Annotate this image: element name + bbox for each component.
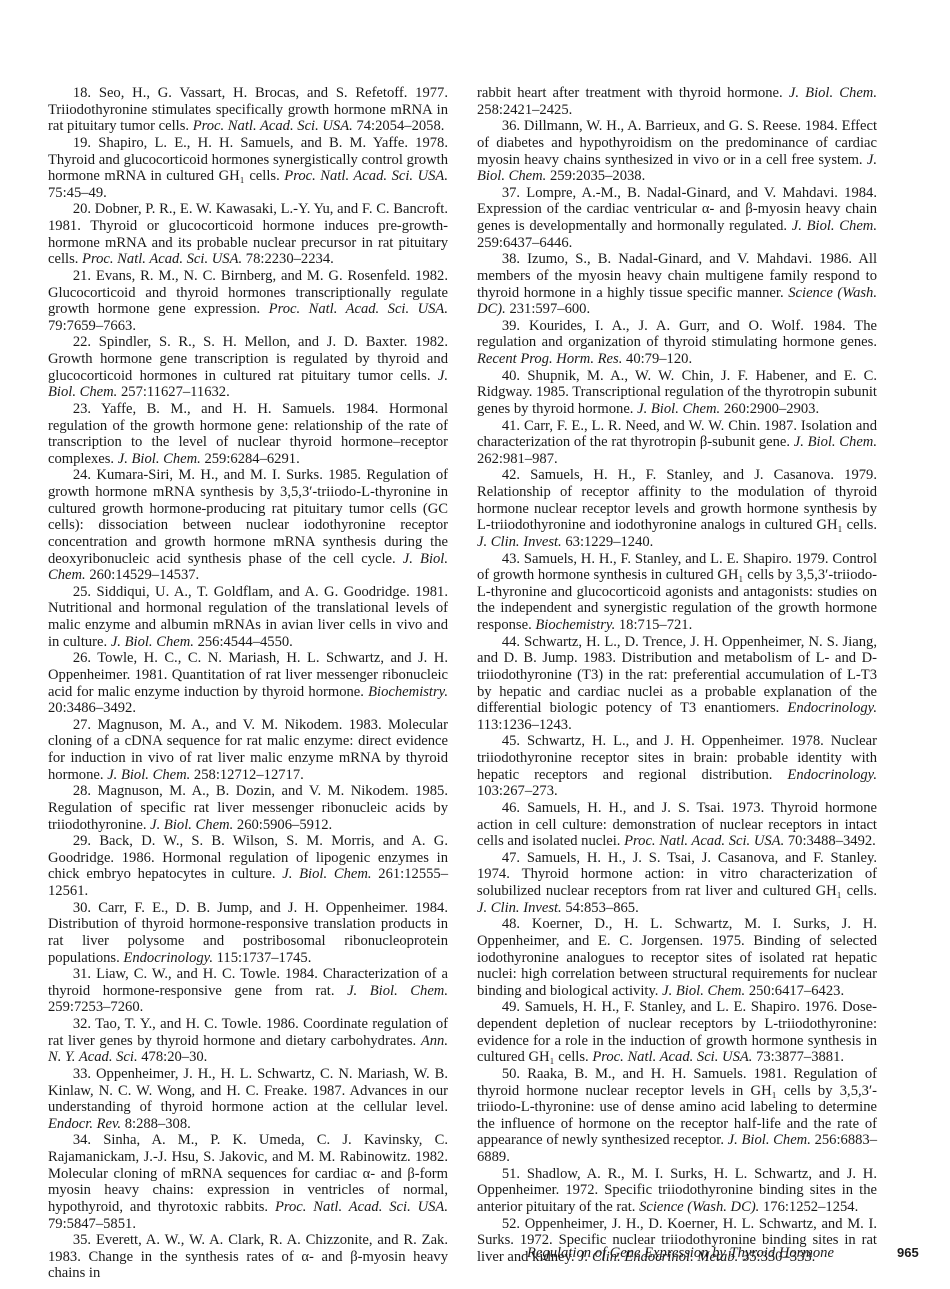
journal-name: J. Biol. Chem.	[662, 983, 745, 999]
reference-column-right: rabbit heart after treatment with thyroi…	[477, 85, 877, 1265]
journal-name: Proc. Natl. Acad. Sci. USA.	[275, 1199, 448, 1215]
volume-pages: 259:6284–6291.	[201, 451, 300, 467]
volume-pages: 260:5906–5912.	[233, 817, 332, 833]
volume-pages: 262:981–987.	[477, 451, 558, 467]
volume-pages: 256:4544–4550.	[194, 634, 293, 650]
volume-pages: 259:7253–7260.	[48, 999, 143, 1015]
volume-pages: 18:715–721.	[615, 617, 692, 633]
journal-name: Biochemistry.	[368, 684, 448, 700]
reference-entry: 32. Tao, T. Y., and H. C. Towle. 1986. C…	[48, 1016, 448, 1066]
volume-pages: 20:3486–3492.	[48, 700, 136, 716]
reference-text: 32. Tao, T. Y., and H. C. Towle. 1986. C…	[48, 1016, 448, 1049]
journal-name: Science (Wash. DC).	[639, 1199, 759, 1215]
volume-pages: 78:2230–2234.	[242, 251, 334, 267]
volume-pages: 259:2035–2038.	[546, 168, 645, 184]
reference-entry: 36. Dillmann, W. H., A. Barrieux, and G.…	[477, 118, 877, 185]
journal-name: Endocrinology.	[787, 767, 877, 783]
journal-name: Endocr. Rev.	[48, 1116, 121, 1132]
reference-entry: 18. Seo, H., G. Vassart, H. Brocas, and …	[48, 85, 448, 135]
volume-pages: 70:3488–3492.	[784, 833, 876, 849]
page-footer: Regulation of Gene Expression by Thyroid…	[527, 1245, 834, 1262]
reference-entry: 25. Siddiqui, U. A., T. Goldflam, and A.…	[48, 584, 448, 651]
journal-name: J. Biol. Chem.	[107, 767, 190, 783]
journal-name: Proc. Natl. Acad. Sci. USA.	[284, 168, 448, 184]
journal-name: J. Biol. Chem.	[111, 634, 194, 650]
reference-entry: 46. Samuels, H. H., and J. S. Tsai. 1973…	[477, 800, 877, 850]
reference-entry: 27. Magnuson, M. A., and V. M. Nikodem. …	[48, 717, 448, 784]
reference-entry: 49. Samuels, H. H., F. Stanley, and L. E…	[477, 999, 877, 1066]
reference-text: 33. Oppenheimer, J. H., H. L. Schwartz, …	[48, 1066, 448, 1115]
journal-name: J. Biol. Chem.	[637, 401, 720, 417]
volume-pages: 79:7659–7663.	[48, 318, 136, 334]
reference-entry: 26. Towle, H. C., C. N. Mariash, H. L. S…	[48, 650, 448, 717]
reference-entry: 41. Carr, F. E., L. R. Need, and W. W. C…	[477, 418, 877, 468]
volume-pages: 231:597–600.	[506, 301, 590, 317]
reference-entry: 38. Izumo, S., B. Nadal-Ginard, and V. M…	[477, 251, 877, 318]
reference-text: 36. Dillmann, W. H., A. Barrieux, and G.…	[477, 118, 877, 167]
reference-text: 47. Samuels, H. H., J. S. Tsai, J. Casan…	[477, 850, 877, 899]
reference-entry: 42. Samuels, H. H., F. Stanley, and J. C…	[477, 467, 877, 550]
volume-pages: 54:853–865.	[562, 900, 639, 916]
volume-pages: 73:3877–3881.	[752, 1049, 844, 1065]
volume-pages: 478:20–30.	[138, 1049, 208, 1065]
reference-entry: 30. Carr, F. E., D. B. Jump, and J. H. O…	[48, 900, 448, 967]
volume-pages: 260:14529–14537.	[86, 567, 200, 583]
volume-pages: 259:6437–6446.	[477, 235, 572, 251]
journal-name: J. Biol. Chem.	[792, 218, 877, 234]
reference-text: 42. Samuels, H. H., F. Stanley, and J. C…	[477, 467, 877, 533]
journal-name: J. Biol. Chem.	[789, 85, 877, 101]
journal-name: J. Clin. Invest.	[477, 534, 562, 550]
volume-pages: 257:11627–11632.	[117, 384, 229, 400]
reference-entry: 51. Shadlow, A. R., M. I. Surks, H. L. S…	[477, 1166, 877, 1216]
journal-name: Proc. Natl. Acad. Sci. USA.	[82, 251, 242, 267]
volume-pages: 63:1229–1240.	[562, 534, 654, 550]
journal-name: J. Biol. Chem.	[728, 1132, 811, 1148]
journal-name: J. Biol. Chem.	[794, 434, 877, 450]
volume-pages: 8:288–308.	[121, 1116, 191, 1132]
journal-name: Endocrinology.	[787, 700, 877, 716]
journal-name: J. Clin. Invest.	[477, 900, 562, 916]
reference-text: rabbit heart after treatment with thyroi…	[477, 85, 789, 101]
reference-entry: 34. Sinha, A. M., P. K. Umeda, C. J. Kav…	[48, 1132, 448, 1232]
volume-pages: 113:1236–1243.	[477, 717, 572, 733]
volume-pages: 258:2421–2425.	[477, 102, 572, 118]
volume-pages: 260:2900–2903.	[720, 401, 819, 417]
reference-entry: 23. Yaffe, B. M., and H. H. Samuels. 198…	[48, 401, 448, 468]
reference-entry: 35. Everett, A. W., W. A. Clark, R. A. C…	[48, 1232, 448, 1282]
reference-entry: rabbit heart after treatment with thyroi…	[477, 85, 877, 118]
reference-entry: 50. Raaka, B. M., and H. H. Samuels. 198…	[477, 1066, 877, 1166]
volume-pages: 74:2054–2058.	[353, 118, 445, 134]
journal-name: J. Biol. Chem.	[282, 866, 371, 882]
volume-pages: 258:12712–12717.	[190, 767, 304, 783]
journal-name: Recent Prog. Horm. Res.	[477, 351, 622, 367]
journal-name: J. Biol. Chem.	[150, 817, 233, 833]
journal-name: Proc. Natl. Acad. Sci. USA.	[624, 833, 784, 849]
journal-name: J. Biol. Chem.	[118, 451, 201, 467]
reference-entry: 47. Samuels, H. H., J. S. Tsai, J. Casan…	[477, 850, 877, 917]
volume-pages: 79:5847–5851.	[48, 1216, 136, 1232]
reference-entry: 20. Dobner, P. R., E. W. Kawasaki, L.-Y.…	[48, 201, 448, 268]
reference-entry: 39. Kourides, I. A., J. A. Gurr, and O. …	[477, 318, 877, 368]
reference-entry: 40. Shupnik, M. A., W. W. Chin, J. F. Ha…	[477, 368, 877, 418]
reference-entry: 28. Magnuson, M. A., B. Dozin, and V. M.…	[48, 783, 448, 833]
journal-name: Biochemistry.	[535, 617, 615, 633]
reference-entry: 19. Shapiro, L. E., H. H. Samuels, and B…	[48, 135, 448, 202]
page-number: 965	[897, 1245, 919, 1260]
reference-entry: 45. Schwartz, H. L., and J. H. Oppenheim…	[477, 733, 877, 800]
reference-text: 24. Kumara-Siri, M. H., and M. I. Surks.…	[48, 467, 448, 566]
reference-entry: 48. Koerner, D., H. L. Schwartz, M. I. S…	[477, 916, 877, 999]
reference-entry: 31. Liaw, C. W., and H. C. Towle. 1984. …	[48, 966, 448, 1016]
reference-entry: 29. Back, D. W., S. B. Wilson, S. M. Mor…	[48, 833, 448, 900]
volume-pages: 250:6417–6423.	[745, 983, 844, 999]
journal-name: Proc. Natl. Acad. Sci. USA.	[193, 118, 353, 134]
volume-pages: 115:1737–1745.	[213, 950, 311, 966]
running-title: Regulation of Gene Expression by Thyroid…	[527, 1245, 834, 1261]
journal-name: Proc. Natl. Acad. Sci. USA.	[269, 301, 448, 317]
reference-entry: 21. Evans, R. M., N. C. Birnberg, and M.…	[48, 268, 448, 335]
journal-name: Endocrinology.	[123, 950, 213, 966]
volume-pages: 176:1252–1254.	[759, 1199, 858, 1215]
reference-entry: 43. Samuels, H. H., F. Stanley, and L. E…	[477, 551, 877, 634]
reference-entry: 33. Oppenheimer, J. H., H. L. Schwartz, …	[48, 1066, 448, 1133]
reference-text: 22. Spindler, S. R., S. H. Mellon, and J…	[48, 334, 448, 383]
volume-pages: 75:45–49.	[48, 185, 107, 201]
reference-column-left: 18. Seo, H., G. Vassart, H. Brocas, and …	[48, 85, 448, 1282]
reference-entry: 37. Lompre, A.-M., B. Nadal-Ginard, and …	[477, 185, 877, 252]
reference-entry: 22. Spindler, S. R., S. H. Mellon, and J…	[48, 334, 448, 401]
journal-name: Proc. Natl. Acad. Sci. USA.	[592, 1049, 752, 1065]
journal-name: J. Biol. Chem.	[347, 983, 448, 999]
volume-pages: 103:267–273.	[477, 783, 558, 799]
reference-text: 39. Kourides, I. A., J. A. Gurr, and O. …	[477, 318, 877, 351]
reference-text: 35. Everett, A. W., W. A. Clark, R. A. C…	[48, 1232, 448, 1281]
reference-entry: 24. Kumara-Siri, M. H., and M. I. Surks.…	[48, 467, 448, 583]
volume-pages: 40:79–120.	[622, 351, 692, 367]
reference-entry: 44. Schwartz, H. L., D. Trence, J. H. Op…	[477, 634, 877, 734]
